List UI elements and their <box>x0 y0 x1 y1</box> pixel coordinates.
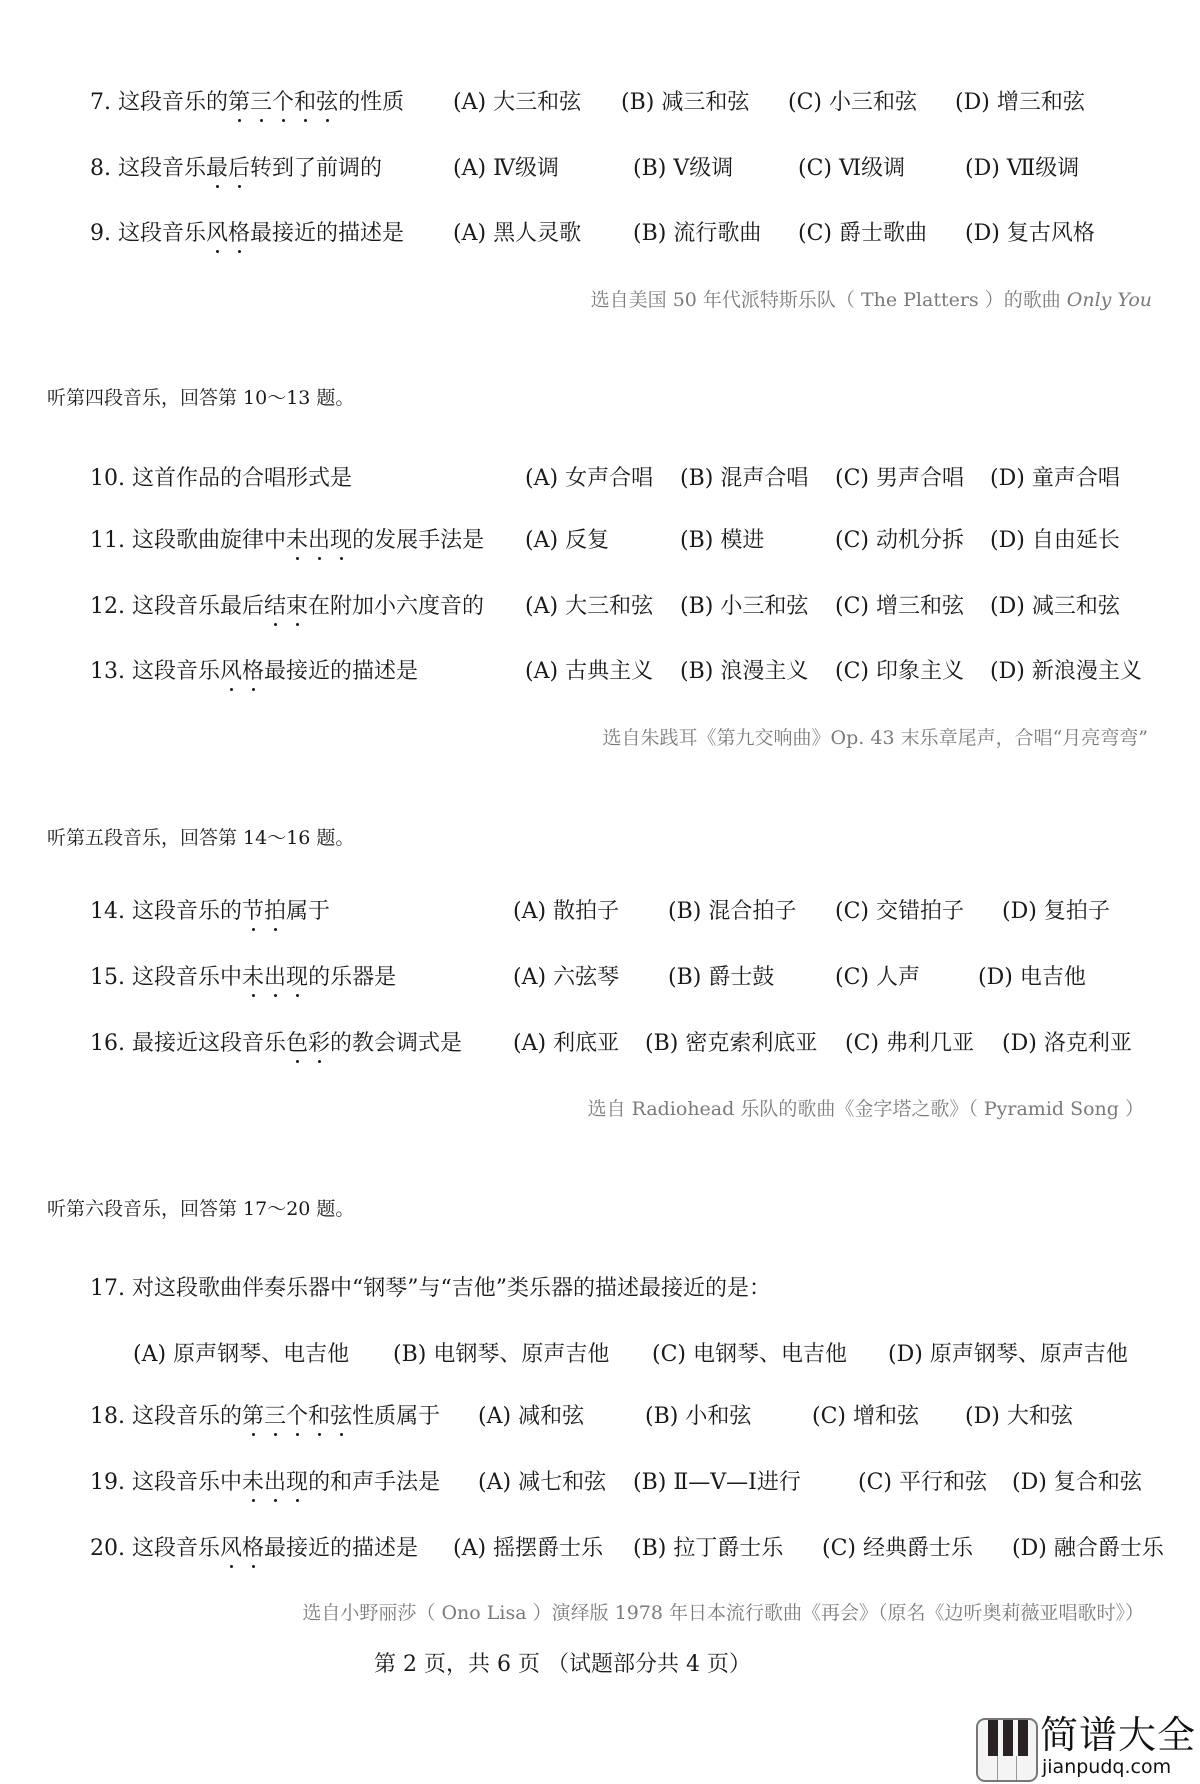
question-11-stem: 11. 这段歌曲旋律中未出现的发展手法是 <box>90 527 484 555</box>
option-19a[interactable]: (A) 减七和弦 <box>478 1469 606 1497</box>
option-20a[interactable]: (A) 摇摆爵士乐 <box>453 1535 603 1563</box>
option-7c[interactable]: (C) 小三和弦 <box>788 89 917 117</box>
emphasis-char: 节 <box>242 899 264 924</box>
stem-text: 的发展手法是 <box>352 528 484 553</box>
stem-text: 这段音乐 <box>132 1536 220 1561</box>
option-7a[interactable]: (A) 大三和弦 <box>453 89 581 117</box>
question-15-stem: 15. 这段音乐中未出现的乐器是 <box>90 964 396 992</box>
emphasis-char: 最 <box>206 156 228 181</box>
stem-text: 的乐器是 <box>308 965 396 990</box>
option-9b[interactable]: (B) 流行歌曲 <box>633 220 761 248</box>
question-18-stem: 18. 这段音乐的第三个和弦性质属于 <box>90 1403 440 1431</box>
question-7-stem: 7. 这段音乐的第三个和弦的性质 <box>90 89 404 117</box>
option-20b[interactable]: (B) 拉丁爵士乐 <box>633 1535 783 1563</box>
emphasis-char: 风 <box>220 659 242 684</box>
option-20c[interactable]: (C) 经典爵士乐 <box>822 1535 973 1563</box>
emphasis-char: 彩 <box>308 1031 330 1056</box>
option-14a[interactable]: (A) 散拍子 <box>513 898 619 926</box>
stem-text: 这段音乐中 <box>132 1470 242 1495</box>
option-7d[interactable]: (D) 增三和弦 <box>955 89 1085 117</box>
option-13a[interactable]: (A) 古典主义 <box>525 658 653 686</box>
stem-text: 这段音乐的 <box>132 899 242 924</box>
option-14c[interactable]: (C) 交错拍子 <box>835 898 964 926</box>
question-number: 18. <box>90 1404 125 1429</box>
source-citation-3: 选自美国 50 年代派特斯乐队（ The Platters ）的歌曲 Only … <box>591 287 1152 313</box>
question-16-stem: 16. 最接近这段音乐色彩的教会调式是 <box>90 1030 462 1058</box>
option-17b[interactable]: (B) 电钢琴、原声吉他 <box>393 1341 609 1369</box>
option-16b[interactable]: (B) 密克索利底亚 <box>645 1030 817 1058</box>
emphasis-char: 现 <box>286 965 308 990</box>
option-12c[interactable]: (C) 增三和弦 <box>835 593 964 621</box>
option-7b[interactable]: (B) 减三和弦 <box>621 89 749 117</box>
logo-name: 简谱大全 <box>1040 1714 1196 1756</box>
stem-text: 这段音乐 <box>118 221 206 246</box>
option-11d[interactable]: (D) 自由延长 <box>990 527 1120 555</box>
logo-url: jianpudq.com <box>1042 1756 1171 1778</box>
option-10c[interactable]: (C) 男声合唱 <box>835 465 964 493</box>
section-4-heading: 听第四段音乐，回答第 10～13 题。 <box>47 385 354 411</box>
emphasis-char: 束 <box>286 594 308 619</box>
option-18a[interactable]: (A) 减和弦 <box>478 1403 584 1431</box>
option-19d[interactable]: (D) 复合和弦 <box>1012 1469 1142 1497</box>
option-11a[interactable]: (A) 反复 <box>525 527 609 555</box>
stem-text: 性质属于 <box>352 1404 440 1429</box>
stem-text: 的教会调式是 <box>330 1031 462 1056</box>
emphasis-char: 格 <box>228 221 250 246</box>
stem-text: 这段音乐最后 <box>132 594 264 619</box>
stem-text: 这段音乐中 <box>132 965 242 990</box>
question-17-stem: 17. 对这段歌曲伴奏乐器中“钢琴”与“吉他”类乐器的描述最接近的是： <box>90 1275 771 1303</box>
jianpudq-logo: 简谱大全 jianpudq.com <box>976 1712 1200 1780</box>
option-12d[interactable]: (D) 减三和弦 <box>990 593 1120 621</box>
emphasis-char: 现 <box>286 1470 308 1495</box>
emphasis-char: 结 <box>264 594 286 619</box>
emphasis-char: 三 <box>264 1404 286 1429</box>
question-number: 10. <box>90 466 125 491</box>
emphasis-char: 未 <box>286 528 308 553</box>
stem-text: 在附加小六度音的 <box>308 594 484 619</box>
question-14-stem: 14. 这段音乐的节拍属于 <box>90 898 330 926</box>
question-9-stem: 9. 这段音乐风格最接近的描述是 <box>90 220 404 248</box>
citation-text: 选自美国 50 年代派特斯乐队（ The Platters ）的歌曲 <box>591 289 1067 311</box>
question-number: 17. <box>90 1276 125 1301</box>
section-6-heading: 听第六段音乐，回答第 17～20 题。 <box>47 1196 354 1222</box>
option-15d[interactable]: (D) 电吉他 <box>978 964 1086 992</box>
emphasis-char: 个 <box>286 1404 308 1429</box>
question-12-stem: 12. 这段音乐最后结束在附加小六度音的 <box>90 593 484 621</box>
stem-text: 这段歌曲旋律中 <box>132 528 286 553</box>
option-8d[interactable]: (D) Ⅶ级调 <box>965 155 1079 183</box>
source-citation-5: 选自 Radiohead 乐队的歌曲《金字塔之歌》（ Pyramid Song … <box>588 1096 1144 1122</box>
option-13b[interactable]: (B) 浪漫主义 <box>680 658 808 686</box>
emphasis-char: 和 <box>294 90 316 115</box>
stem-text: 这段音乐的 <box>118 90 228 115</box>
song-title: Only You <box>1067 289 1152 311</box>
emphasis-char: 第 <box>228 90 250 115</box>
emphasis-char: 格 <box>242 1536 264 1561</box>
question-number: 14. <box>90 899 125 924</box>
question-13-stem: 13. 这段音乐风格最接近的描述是 <box>90 658 418 686</box>
stem-text: 这段音乐 <box>118 156 206 181</box>
emphasis-char: 风 <box>220 1536 242 1561</box>
question-number: 12. <box>90 594 125 619</box>
option-13d[interactable]: (D) 新浪漫主义 <box>990 658 1142 686</box>
option-9a[interactable]: (A) 黑人灵歌 <box>453 220 581 248</box>
question-20-stem: 20. 这段音乐风格最接近的描述是 <box>90 1535 418 1563</box>
option-17c[interactable]: (C) 电钢琴、电吉他 <box>652 1341 847 1369</box>
option-14d[interactable]: (D) 复拍子 <box>1002 898 1110 926</box>
stem-text: 最接近的描述是 <box>264 1536 418 1561</box>
stem-text: 最接近的描述是 <box>264 659 418 684</box>
emphasis-char: 和 <box>308 1404 330 1429</box>
emphasis-char: 现 <box>330 528 352 553</box>
emphasis-char: 第 <box>242 1404 264 1429</box>
emphasis-char: 色 <box>286 1031 308 1056</box>
emphasis-char: 弦 <box>316 90 338 115</box>
option-16d[interactable]: (D) 洛克利亚 <box>1002 1030 1132 1058</box>
option-17d[interactable]: (D) 原声钢琴、原声吉他 <box>888 1341 1128 1369</box>
option-8a[interactable]: (A) Ⅳ级调 <box>453 155 559 183</box>
question-number: 13. <box>90 659 125 684</box>
option-18d[interactable]: (D) 大和弦 <box>965 1403 1073 1431</box>
option-9d[interactable]: (D) 复古风格 <box>965 220 1095 248</box>
page-footer: 第 2 页，共 6 页 （试题部分共 4 页） <box>374 1651 751 1679</box>
question-number: 16. <box>90 1031 125 1056</box>
emphasis-char: 风 <box>206 221 228 246</box>
option-8b[interactable]: (B) Ⅴ级调 <box>633 155 733 183</box>
stem-text: 转到了前调的 <box>250 156 382 181</box>
question-8-stem: 8. 这段音乐最后转到了前调的 <box>90 155 382 183</box>
source-citation-6: 选自小野丽莎（ Ono Lisa ）演绎版 1978 年日本流行歌曲《再会》（原… <box>302 1600 1144 1626</box>
stem-text: 最接近这段音乐 <box>132 1031 286 1056</box>
option-10b[interactable]: (B) 混声合唱 <box>680 465 808 493</box>
emphasis-char: 格 <box>242 659 264 684</box>
option-15c[interactable]: (C) 人声 <box>835 964 920 992</box>
question-number: 8. <box>90 156 111 181</box>
option-17a[interactable]: (A) 原声钢琴、电吉他 <box>133 1341 349 1369</box>
piano-keys-icon <box>976 1718 1038 1782</box>
stem-text: 这首作品的合唱形式是 <box>132 466 352 491</box>
stem-text: 的性质 <box>338 90 404 115</box>
option-19c[interactable]: (C) 平行和弦 <box>858 1469 987 1497</box>
emphasis-char: 后 <box>228 156 250 181</box>
option-11b[interactable]: (B) 模进 <box>680 527 764 555</box>
option-9c[interactable]: (C) 爵士歌曲 <box>798 220 927 248</box>
option-20d[interactable]: (D) 融合爵士乐 <box>1012 1535 1164 1563</box>
emphasis-char: 未 <box>242 1470 264 1495</box>
question-number: 7. <box>90 90 111 115</box>
option-12b[interactable]: (B) 小三和弦 <box>680 593 808 621</box>
option-14b[interactable]: (B) 混合拍子 <box>668 898 796 926</box>
option-12a[interactable]: (A) 大三和弦 <box>525 593 653 621</box>
question-number: 20. <box>90 1536 125 1561</box>
emphasis-char: 未 <box>242 965 264 990</box>
option-15a[interactable]: (A) 六弦琴 <box>513 964 619 992</box>
emphasis-char: 个 <box>272 90 294 115</box>
stem-text: 属于 <box>286 899 330 924</box>
stem-text: 最接近的描述是 <box>250 221 404 246</box>
option-11c[interactable]: (C) 动机分拆 <box>835 527 964 555</box>
emphasis-char: 出 <box>264 965 286 990</box>
question-number: 19. <box>90 1470 125 1495</box>
option-13c[interactable]: (C) 印象主义 <box>835 658 964 686</box>
emphasis-char: 拍 <box>264 899 286 924</box>
stem-text: 的和声手法是 <box>308 1470 440 1495</box>
option-15b[interactable]: (B) 爵士鼓 <box>668 964 774 992</box>
option-18c[interactable]: (C) 增和弦 <box>812 1403 919 1431</box>
question-number: 15. <box>90 965 125 990</box>
emphasis-char: 弦 <box>330 1404 352 1429</box>
question-number: 11. <box>90 528 125 553</box>
option-10a[interactable]: (A) 女声合唱 <box>525 465 653 493</box>
section-5-heading: 听第五段音乐，回答第 14～16 题。 <box>47 825 354 851</box>
emphasis-char: 三 <box>250 90 272 115</box>
question-10-stem: 10. 这首作品的合唱形式是 <box>90 465 352 493</box>
option-18b[interactable]: (B) 小和弦 <box>645 1403 751 1431</box>
stem-text: 这段音乐的 <box>132 1404 242 1429</box>
emphasis-char: 出 <box>308 528 330 553</box>
stem-text: 这段音乐 <box>132 659 220 684</box>
stem-text: 对这段歌曲伴奏乐器中“钢琴”与“吉他”类乐器的描述最接近的是： <box>132 1276 771 1301</box>
emphasis-char: 出 <box>264 1470 286 1495</box>
option-16a[interactable]: (A) 利底亚 <box>513 1030 619 1058</box>
source-citation-4: 选自朱践耳《第九交响曲》Op. 43 末乐章尾声，合唱“月亮弯弯” <box>603 725 1148 751</box>
option-19b[interactable]: (B) Ⅱ—Ⅴ—Ⅰ进行 <box>633 1469 801 1497</box>
option-16c[interactable]: (C) 弗利几亚 <box>845 1030 974 1058</box>
question-number: 9. <box>90 221 111 246</box>
question-19-stem: 19. 这段音乐中未出现的和声手法是 <box>90 1469 440 1497</box>
option-10d[interactable]: (D) 童声合唱 <box>990 465 1120 493</box>
option-8c[interactable]: (C) Ⅵ级调 <box>798 155 905 183</box>
